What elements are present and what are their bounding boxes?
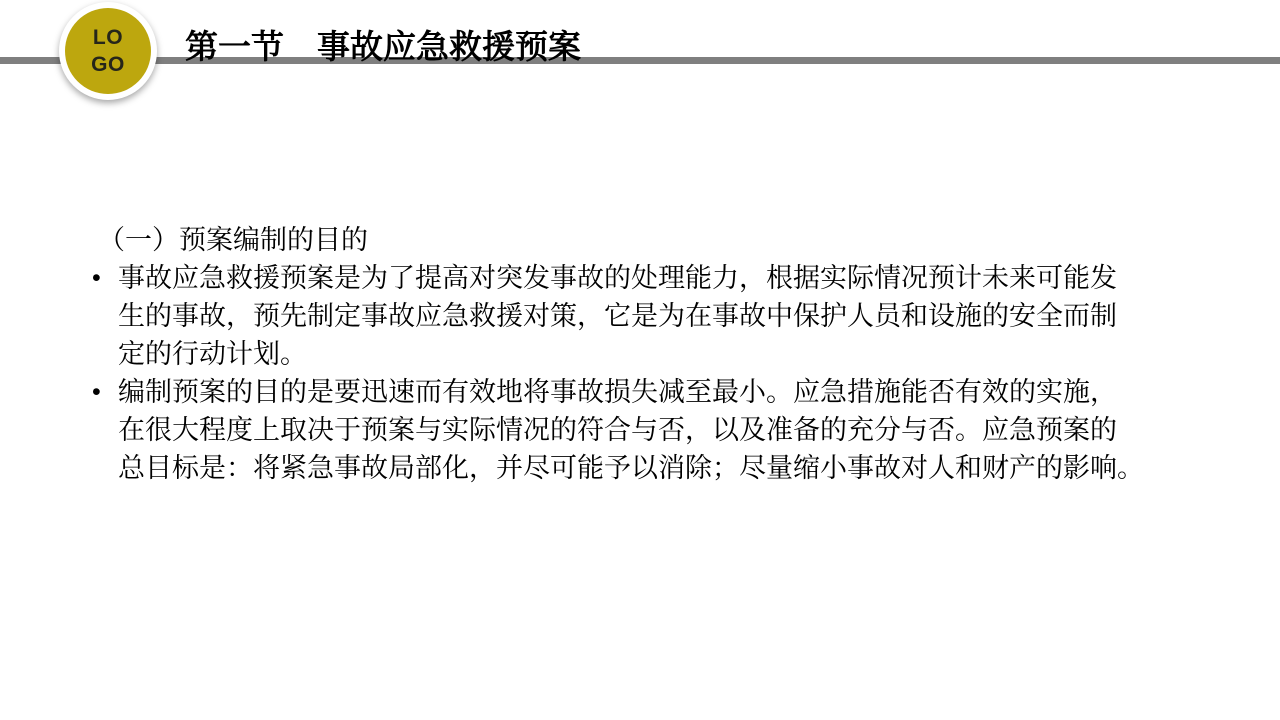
bullet-text: 事故应急救援预案是为了提高对突发事故的处理能力，根据实际情况预计未来可能发 生的… [118,259,1188,373]
slide: LO GO 第一节 事故应急救援预案 （一）预案编制的目的 • 事故应急救援预案… [0,0,1280,720]
bullet-item: • 事故应急救援预案是为了提高对突发事故的处理能力，根据实际情况预计未来可能发 … [88,259,1188,373]
logo-text-line1: LO [93,24,123,51]
bullet-item: • 编制预案的目的是要迅速而有效地将事故损失减至最小。应急措施能否有效的实施， … [88,373,1188,487]
bullet-text-line: 在很大程度上取决于预案与实际情况的符合与否，以及准备的充分与否。应急预案的 [118,411,1188,449]
bullet-text: 编制预案的目的是要迅速而有效地将事故损失减至最小。应急措施能否有效的实施， 在很… [118,373,1188,487]
logo-badge: LO GO [59,2,157,100]
bullet-text-line: 总目标是：将紧急事故局部化，并尽可能予以消除；尽量缩小事故对人和财产的影响。 [118,449,1188,487]
bullet-marker: • [88,259,118,297]
slide-title: 第一节 事故应急救援预案 [185,21,581,68]
bullet-text-line: 事故应急救援预案是为了提高对突发事故的处理能力，根据实际情况预计未来可能发 [118,259,1188,297]
bullet-marker: • [88,373,118,411]
logo-text-line2: GO [91,51,125,78]
section-heading: （一）预案编制的目的 [88,221,1188,259]
slide-body: （一）预案编制的目的 • 事故应急救援预案是为了提高对突发事故的处理能力，根据实… [88,221,1188,487]
logo-circle: LO GO [65,8,151,94]
bullet-text-line: 生的事故，预先制定事故应急救援对策，它是为在事故中保护人员和设施的安全而制 [118,297,1188,335]
bullet-text-line: 定的行动计划。 [118,335,1188,373]
bullet-text-line: 编制预案的目的是要迅速而有效地将事故损失减至最小。应急措施能否有效的实施， [118,373,1188,411]
